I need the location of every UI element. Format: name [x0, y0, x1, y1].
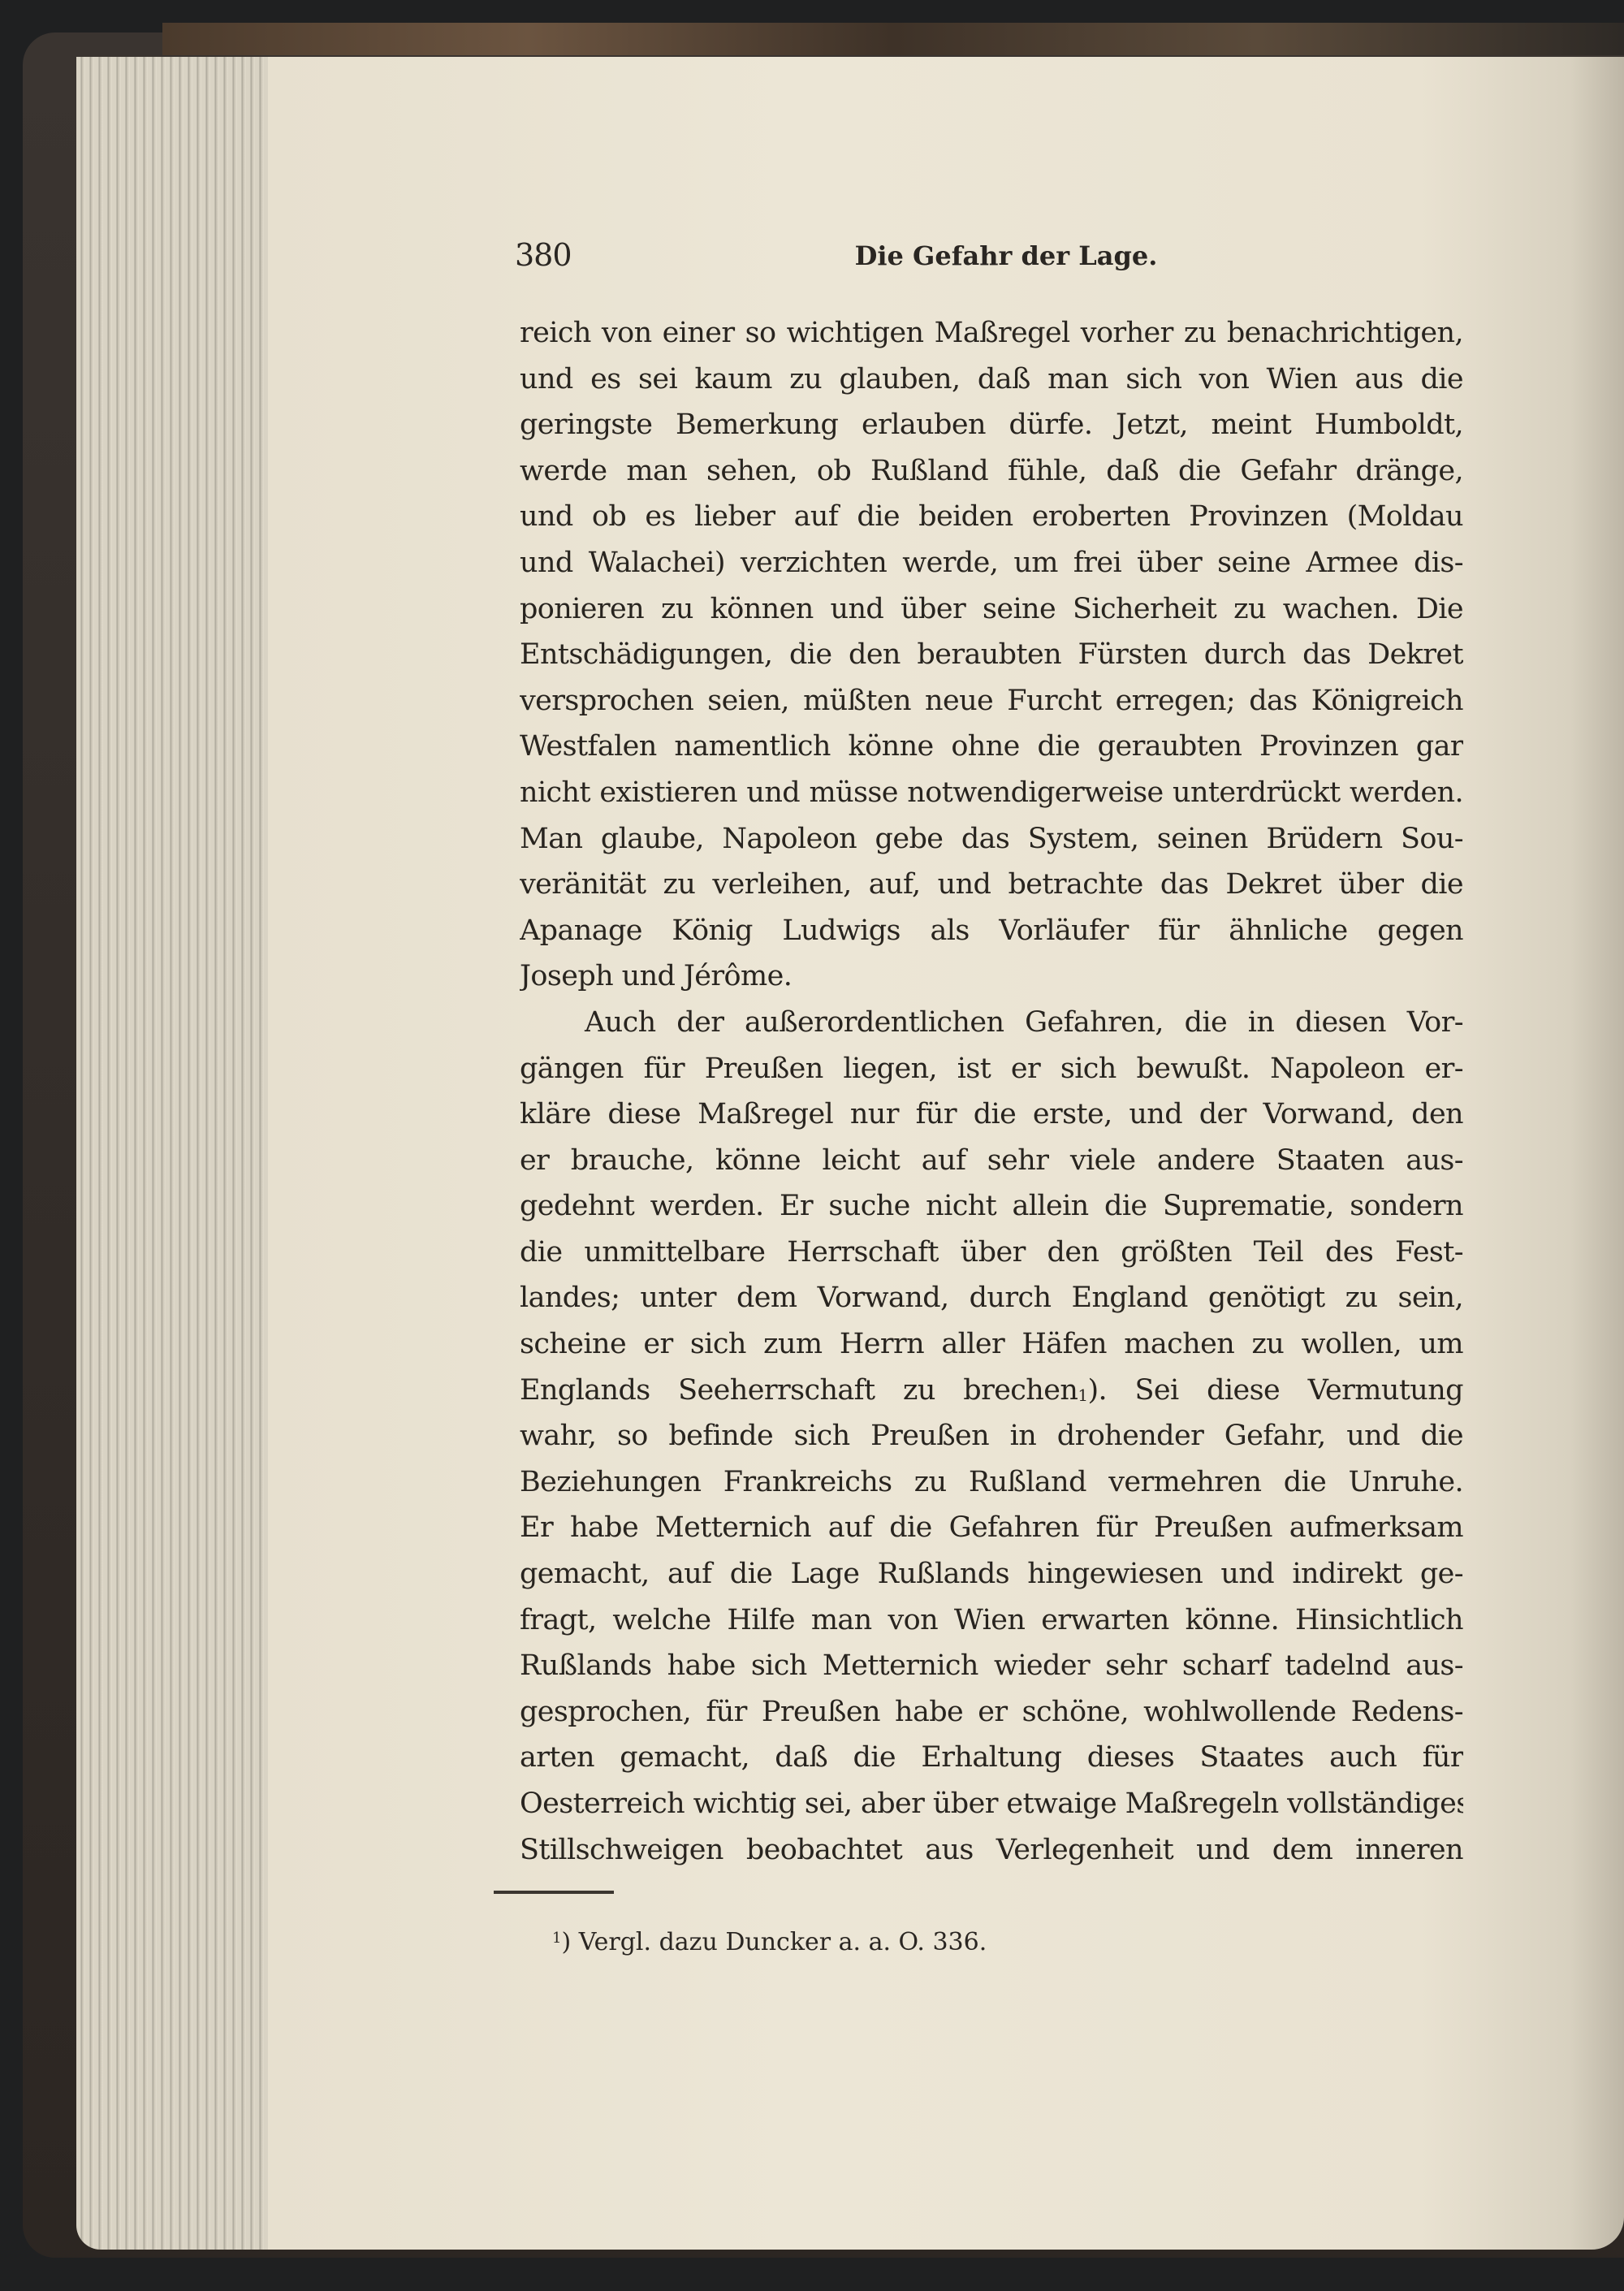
text-line: Oesterreich wichtig sei, aber über etwai… — [520, 1781, 1463, 1827]
text-line: nicht existieren und müsse notwendigerwe… — [520, 770, 1463, 816]
text-line: gemacht, auf die Lage Rußlands hingewies… — [520, 1551, 1463, 1597]
text-line-paragraph-end: Joseph und Jérôme. — [520, 953, 1463, 1000]
text-line: werde man sehen, ob Rußland fühle, daß d… — [520, 448, 1463, 495]
text-line: und ob es lieber auf die beiden eroberte… — [520, 494, 1463, 540]
footnote-marker: 1 — [552, 1930, 561, 1947]
text-segment: Englands Seeherrschaft zu brechen — [520, 1374, 1078, 1407]
footnote-reference[interactable]: 1 — [1078, 1385, 1087, 1405]
text-line: er brauche, könne leicht auf sehr viele … — [520, 1138, 1463, 1184]
text-line: versprochen seien, müßten neue Furcht er… — [520, 678, 1463, 724]
text-line-with-footnote-ref: Englands Seeherrschaft zu brechen1). Sei… — [520, 1368, 1463, 1414]
text-line: fragt, welche Hilfe man von Wien erwarte… — [520, 1597, 1463, 1644]
running-head: Die Gefahr der Lage. — [515, 240, 1465, 271]
text-line: scheine er sich zum Herrn aller Häfen ma… — [520, 1321, 1463, 1368]
text-line: Apanage König Ludwigs als Vorläufer für … — [520, 908, 1463, 954]
text-line: Entschädigungen, die den beraubten Fürst… — [520, 632, 1463, 678]
text-line: arten gemacht, daß die Erhaltung dieses … — [520, 1735, 1463, 1781]
page-stack-edges — [76, 57, 271, 2250]
page-header: 380 Die Gefahr der Lage. — [515, 237, 1465, 278]
text-line: landes; unter dem Vorwand, durch England… — [520, 1275, 1463, 1321]
text-line: Beziehungen Frankreichs zu Rußland verme… — [520, 1459, 1463, 1506]
footnote-text: ) Vergl. dazu Duncker a. a. O. 336. — [561, 1928, 987, 1956]
text-line: und es sei kaum zu glauben, daß man sich… — [520, 357, 1463, 403]
text-line: geringste Bemerkung erlauben dürfe. Jetz… — [520, 402, 1463, 448]
text-line: Stillschweigen beobachtet aus Verlegenhe… — [520, 1827, 1463, 1874]
text-line: gängen für Preußen liegen, ist er sich b… — [520, 1046, 1463, 1092]
text-line: kläre diese Maßregel nur für die erste, … — [520, 1091, 1463, 1138]
text-segment: ). Sei diese Vermutung — [1087, 1374, 1463, 1407]
body-text: reich von einer so wichtigen Maßregel vo… — [520, 310, 1463, 1873]
text-line: Man glaube, Napoleon gebe das System, se… — [520, 816, 1463, 862]
text-line: veränität zu verleihen, auf, und betrach… — [520, 862, 1463, 908]
footnote: 1) Vergl. dazu Duncker a. a. O. 336. — [552, 1928, 987, 1956]
text-line: und Walachei) verzichten werde, um frei … — [520, 540, 1463, 586]
text-line: reich von einer so wichtigen Maßregel vo… — [520, 310, 1463, 357]
text-line-paragraph-start: Auch der außerordentlichen Gefahren, die… — [520, 1000, 1463, 1046]
footnote-divider — [494, 1891, 614, 1894]
book-cover-top-edge — [162, 23, 1624, 55]
text-line: Westfalen namentlich könne ohne die gera… — [520, 724, 1463, 770]
text-line: wahr, so befinde sich Preußen in drohend… — [520, 1413, 1463, 1459]
text-line: Er habe Metternich auf die Gefahren für … — [520, 1505, 1463, 1551]
text-line: gedehnt werden. Er suche nicht allein di… — [520, 1183, 1463, 1230]
text-line: gesprochen, für Preußen habe er schöne, … — [520, 1689, 1463, 1736]
text-line: ponieren zu können und über seine Sicher… — [520, 586, 1463, 633]
text-line: die unmittelbare Herrschaft über den grö… — [520, 1230, 1463, 1276]
text-line: Rußlands habe sich Metternich wieder seh… — [520, 1643, 1463, 1689]
